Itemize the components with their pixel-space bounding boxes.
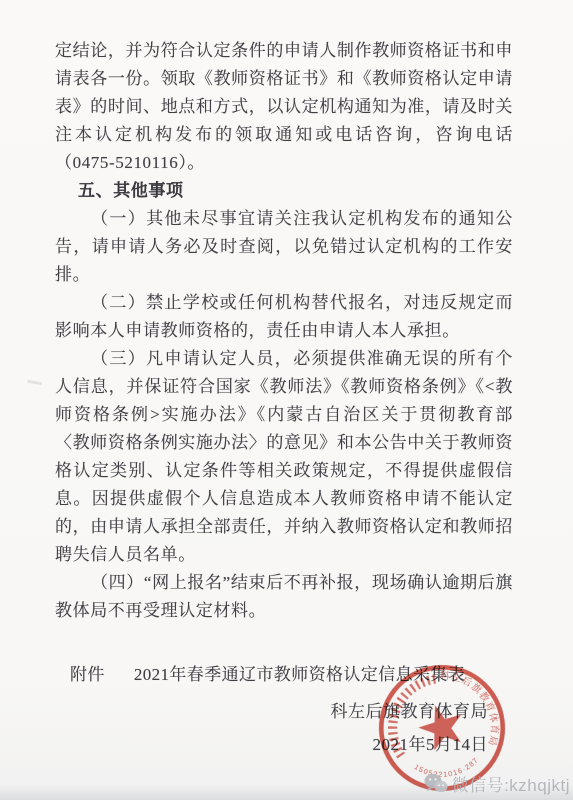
paragraph-item-1: （一）其他未尽事宜请关注我认定机构发布的通知公告，请申请人务必及时查阅，以免错过…	[55, 205, 513, 289]
wechat-watermark: 微信号:kzhqjktj	[424, 771, 570, 796]
seal-star-icon	[414, 699, 470, 753]
attachment-label: 附件	[70, 665, 105, 684]
paragraph-item-2: （二）禁止学校或任何机构替代报名，对违反规定而影响本人申请教师资格的，责任由申请…	[55, 289, 513, 345]
section-heading-other-matters: 五、其他事项	[55, 177, 513, 205]
scan-smudge-artifact	[27, 380, 42, 386]
scanned-document-page: 定结论，并为符合认定条件的申请人制作教师资格证书和申请表各一份。领取《教师资格证…	[0, 0, 573, 800]
document-body: 定结论，并为符合认定条件的申请人制作教师资格证书和申请表各一份。领取《教师资格证…	[55, 37, 513, 689]
watermark-text: 微信号:kzhqjktj	[452, 771, 570, 796]
paragraph-item-4: （四）“网上报名”结束后不再补报，现场确认逾期后旗教体局不再受理认定材料。	[55, 569, 513, 625]
paragraph-item-3: （三）凡申请认定人员，必须提供准确无误的所有个人信息，并保证符合国家《教师法》《…	[55, 345, 513, 569]
wechat-icon	[424, 773, 448, 794]
paragraph-certificate-pickup: 定结论，并为符合认定条件的申请人制作教师资格证书和申请表各一份。领取《教师资格证…	[55, 37, 513, 177]
